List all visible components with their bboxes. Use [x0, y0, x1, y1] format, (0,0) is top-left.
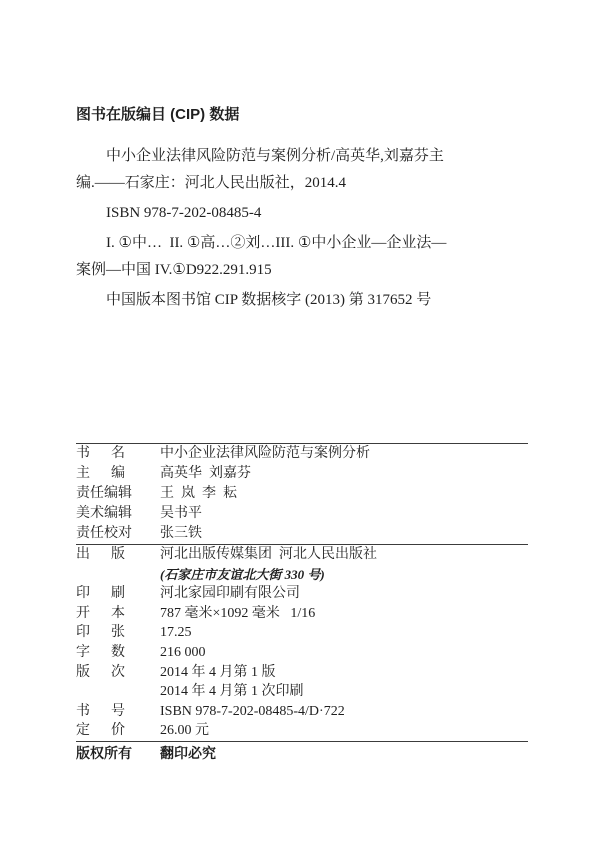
cip-line-registry-number: 中国版本图书馆 CIP 数据核字 (2013) 第 317652 号: [76, 287, 528, 314]
row-label: 版 次: [76, 663, 144, 683]
copyright-notice: 版权所有 翻印必究: [76, 742, 528, 765]
row-value: 河北家园印刷有限公司: [160, 584, 528, 604]
row-value: 张三铁: [160, 524, 528, 544]
row-value: 王 岚 李 耘: [160, 484, 528, 504]
row-responsible-editors: 责任编辑 王 岚 李 耘: [76, 484, 528, 504]
row-value: ISBN 978-7-202-08485-4/D·722: [160, 702, 528, 722]
row-publisher: 出 版 河北出版传媒集团 河北人民出版社: [76, 545, 528, 565]
row-printing-run: 2014 年 4 月第 1 次印刷: [76, 682, 528, 702]
cip-line-description: 中小企业法律风险防范与案例分析/高英华,刘嘉芬主: [76, 143, 528, 170]
row-value: 高英华 刘嘉芬: [160, 464, 528, 484]
row-book-number: 书 号 ISBN 978-7-202-08485-4/D·722: [76, 702, 528, 722]
cip-line-isbn: ISBN 978-7-202-08485-4: [76, 200, 528, 227]
row-art-editor: 美术编辑 吴书平: [76, 504, 528, 524]
row-label: 定 价: [76, 721, 144, 741]
cip-section: 图书在版编目 (CIP) 数据 中小企业法律风险防范与案例分析/高英华,刘嘉芬主…: [76, 105, 528, 314]
row-value: (石家庄市友谊北大街 330 号): [160, 565, 528, 585]
row-value: 河北出版传媒集团 河北人民出版社: [160, 545, 528, 565]
row-label: 印 张: [76, 623, 144, 643]
row-value: 2014 年 4 月第 1 次印刷: [160, 682, 528, 702]
row-label: 开 本: [76, 604, 144, 624]
cip-title: 图书在版编目 (CIP) 数据: [76, 105, 528, 125]
row-value: 吴书平: [160, 504, 528, 524]
colophon-printing-section: 出 版 河北出版传媒集团 河北人民出版社 (石家庄市友谊北大街 330 号) 印…: [76, 545, 528, 741]
row-edition: 版 次 2014 年 4 月第 1 版: [76, 663, 528, 683]
copyright-notice-value: 翻印必究: [160, 742, 216, 765]
colophon-table: 书 名 中小企业法律风险防范与案例分析 主 编 高英华 刘嘉芬 责任编辑 王 岚…: [76, 443, 528, 765]
colophon-editorial-section: 书 名 中小企业法律风险防范与案例分析 主 编 高英华 刘嘉芬 责任编辑 王 岚…: [76, 444, 528, 544]
copyright-notice-label: 版权所有: [76, 742, 144, 765]
row-publisher-address: (石家庄市友谊北大街 330 号): [76, 565, 528, 585]
row-printer: 印 刷 河北家园印刷有限公司: [76, 584, 528, 604]
row-value: 216 000: [160, 643, 528, 663]
row-value: 26.00 元: [160, 721, 528, 741]
cip-line-classification: I. ①中… II. ①高…②刘…III. ①中小企业—企业法—: [76, 230, 528, 257]
row-value: 2014 年 4 月第 1 版: [160, 663, 528, 683]
row-price: 定 价 26.00 元: [76, 721, 528, 741]
row-label: 责任校对: [76, 524, 144, 544]
row-format: 开 本 787 毫米×1092 毫米 1/16: [76, 604, 528, 624]
row-label: 责任编辑: [76, 484, 144, 504]
row-value: 中小企业法律风险防范与案例分析: [160, 444, 528, 464]
row-value: 787 毫米×1092 毫米 1/16: [160, 604, 528, 624]
row-label: 印 刷: [76, 584, 144, 604]
row-book-title: 书 名 中小企业法律风险防范与案例分析: [76, 444, 528, 464]
cip-line-publisher: 编.——石家庄：河北人民出版社，2014.4: [76, 170, 528, 197]
row-chief-editors: 主 编 高英华 刘嘉芬: [76, 464, 528, 484]
row-label: 美术编辑: [76, 504, 144, 524]
row-label: 书 名: [76, 444, 144, 464]
book-copyright-page: 图书在版编目 (CIP) 数据 中小企业法律风险防范与案例分析/高英华,刘嘉芬主…: [0, 0, 596, 842]
row-proofreader: 责任校对 张三铁: [76, 524, 528, 544]
row-label: 书 号: [76, 702, 144, 722]
row-sheets: 印 张 17.25: [76, 623, 528, 643]
row-label: 字 数: [76, 643, 144, 663]
cip-line-classification-cont: 案例—中国 IV.①D922.291.915: [76, 257, 528, 284]
row-value: 17.25: [160, 623, 528, 643]
row-label: 出 版: [76, 545, 144, 565]
row-label: 主 编: [76, 464, 144, 484]
row-word-count: 字 数 216 000: [76, 643, 528, 663]
